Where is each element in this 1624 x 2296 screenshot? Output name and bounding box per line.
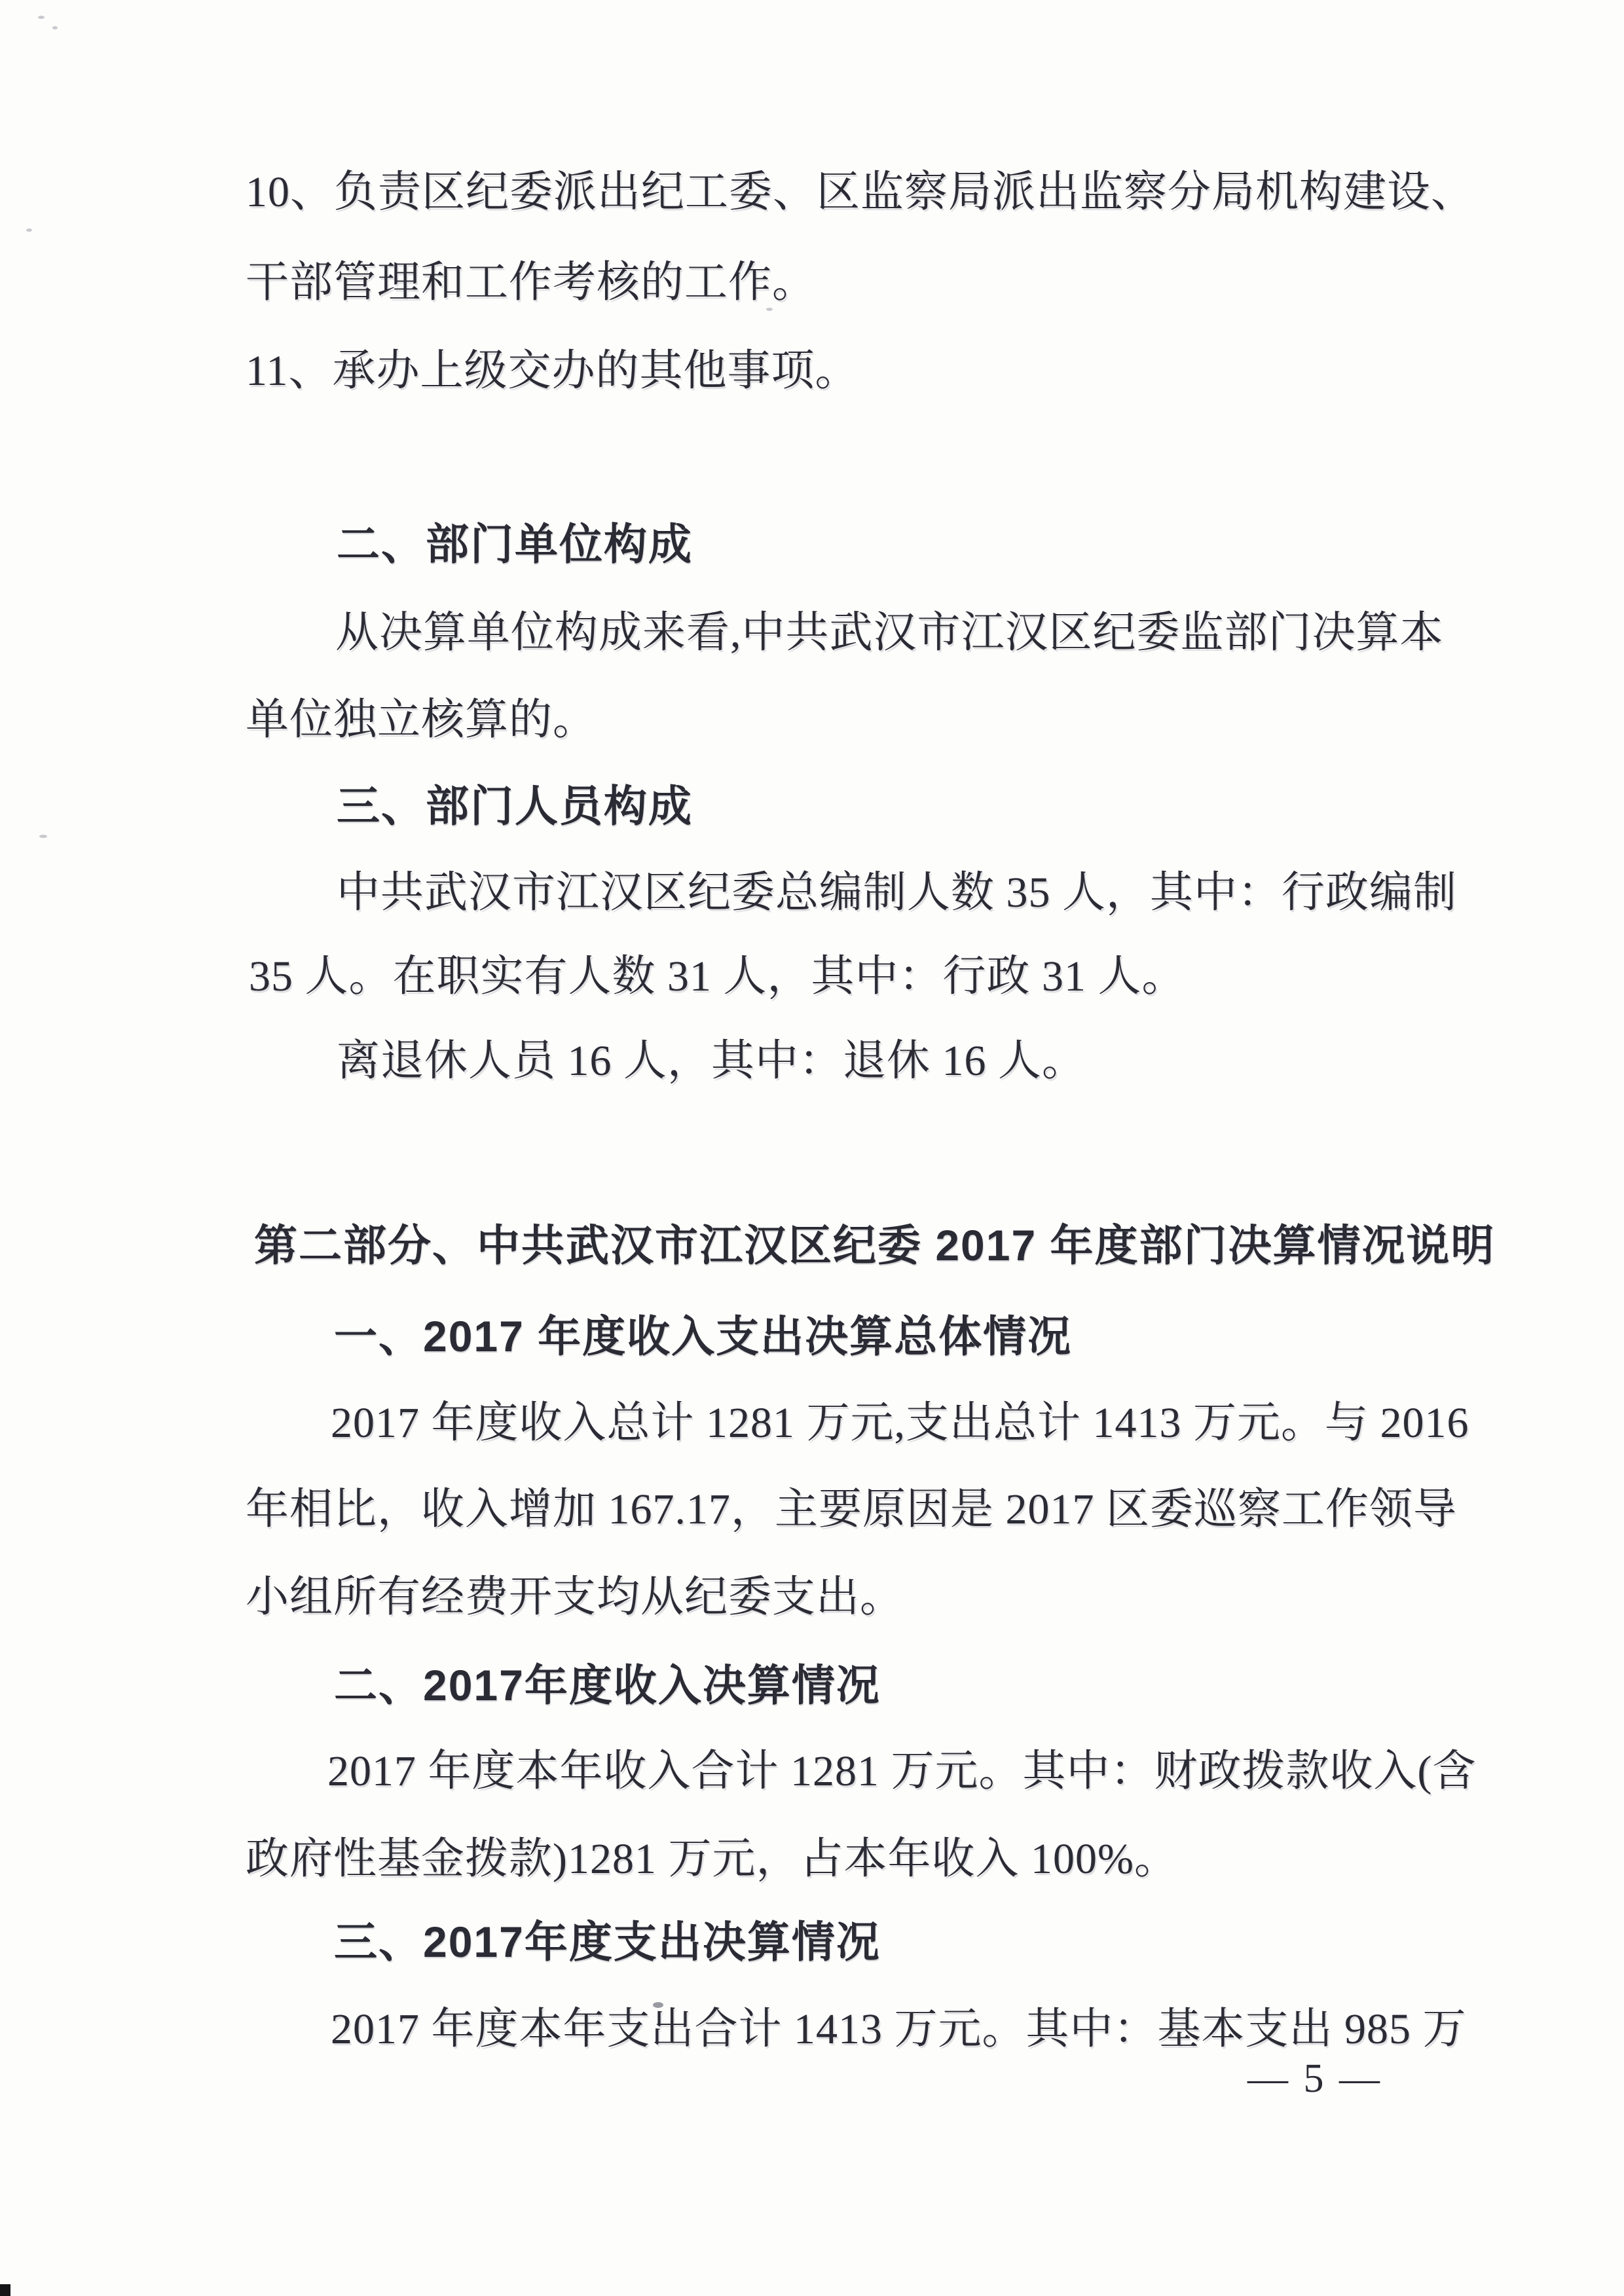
personnel-line2: 35 人。在职实有人数 31 人，其中：行政 31 人。 [249, 953, 1186, 1001]
item10-line2: 干部管理和工作考核的工作。 [246, 259, 816, 307]
overall-line1: 2017 年度收入总计 1281 万元,支出总计 1413 万元。与 2016 [331, 1400, 1469, 1448]
expenditure-line1: 2017 年度本年支出合计 1413 万元。其中：基本支出 985 万 [331, 2006, 1467, 2054]
unit-composition-line1: 从决算单位构成来看,中共武汉市江汉区纪委监部门决算本 [335, 610, 1444, 657]
income-line2: 政府性基金拨款)1281 万元，占本年收入 100%。 [246, 1836, 1178, 1884]
heading-part2: 第二部分、中共武汉市江汉区纪委 2017 年度部门决算情况说明 [254, 1222, 1496, 1269]
overall-line2: 年相比，收入增加 167.17，主要原因是 2017 区委巡察工作领导 [246, 1486, 1457, 1534]
scan-speckle [766, 308, 773, 311]
scan-edge-mark [0, 2284, 10, 2296]
income-line1: 2017 年度本年收入合计 1281 万元。其中：财政拨款收入(含 [327, 1748, 1476, 1796]
scan-speckle [26, 228, 32, 232]
heading-income-budget: 二、2017年度收入决算情况 [334, 1662, 881, 1709]
heading-overall-budget: 一、2017 年度收入支出决算总体情况 [334, 1313, 1072, 1360]
scan-speckle [39, 835, 47, 838]
scan-speckle [38, 16, 45, 19]
heading-expenditure-budget: 三、2017年度支出决算情况 [334, 1918, 881, 1966]
scan-speckle [653, 2002, 663, 2008]
heading-unit-composition: 二、部门单位构成 [337, 520, 693, 568]
unit-composition-line2: 单位独立核算的。 [246, 697, 597, 744]
page-number: — 5 — [1247, 2056, 1382, 2102]
personnel-line3: 离退休人员 16 人，其中：退休 16 人。 [337, 1038, 1086, 1085]
heading-personnel-composition: 三、部门人员构成 [337, 782, 693, 830]
overall-line3: 小组所有经费开支均从纪委支出。 [246, 1574, 904, 1622]
item10-line1: 10、负责区纪委派出纪工委、区监察局派出监察分局机构建设、 [246, 169, 1475, 217]
personnel-line1: 中共武汉市江汉区纪委总编制人数 35 人，其中：行政编制 [337, 869, 1457, 917]
item11-line: 11、承办上级交办的其他事项。 [246, 348, 859, 395]
document-page: 10、负责区纪委派出纪工委、区监察局派出监察分局机构建设、 干部管理和工作考核的… [0, 0, 1624, 2296]
scan-speckle [52, 26, 58, 29]
